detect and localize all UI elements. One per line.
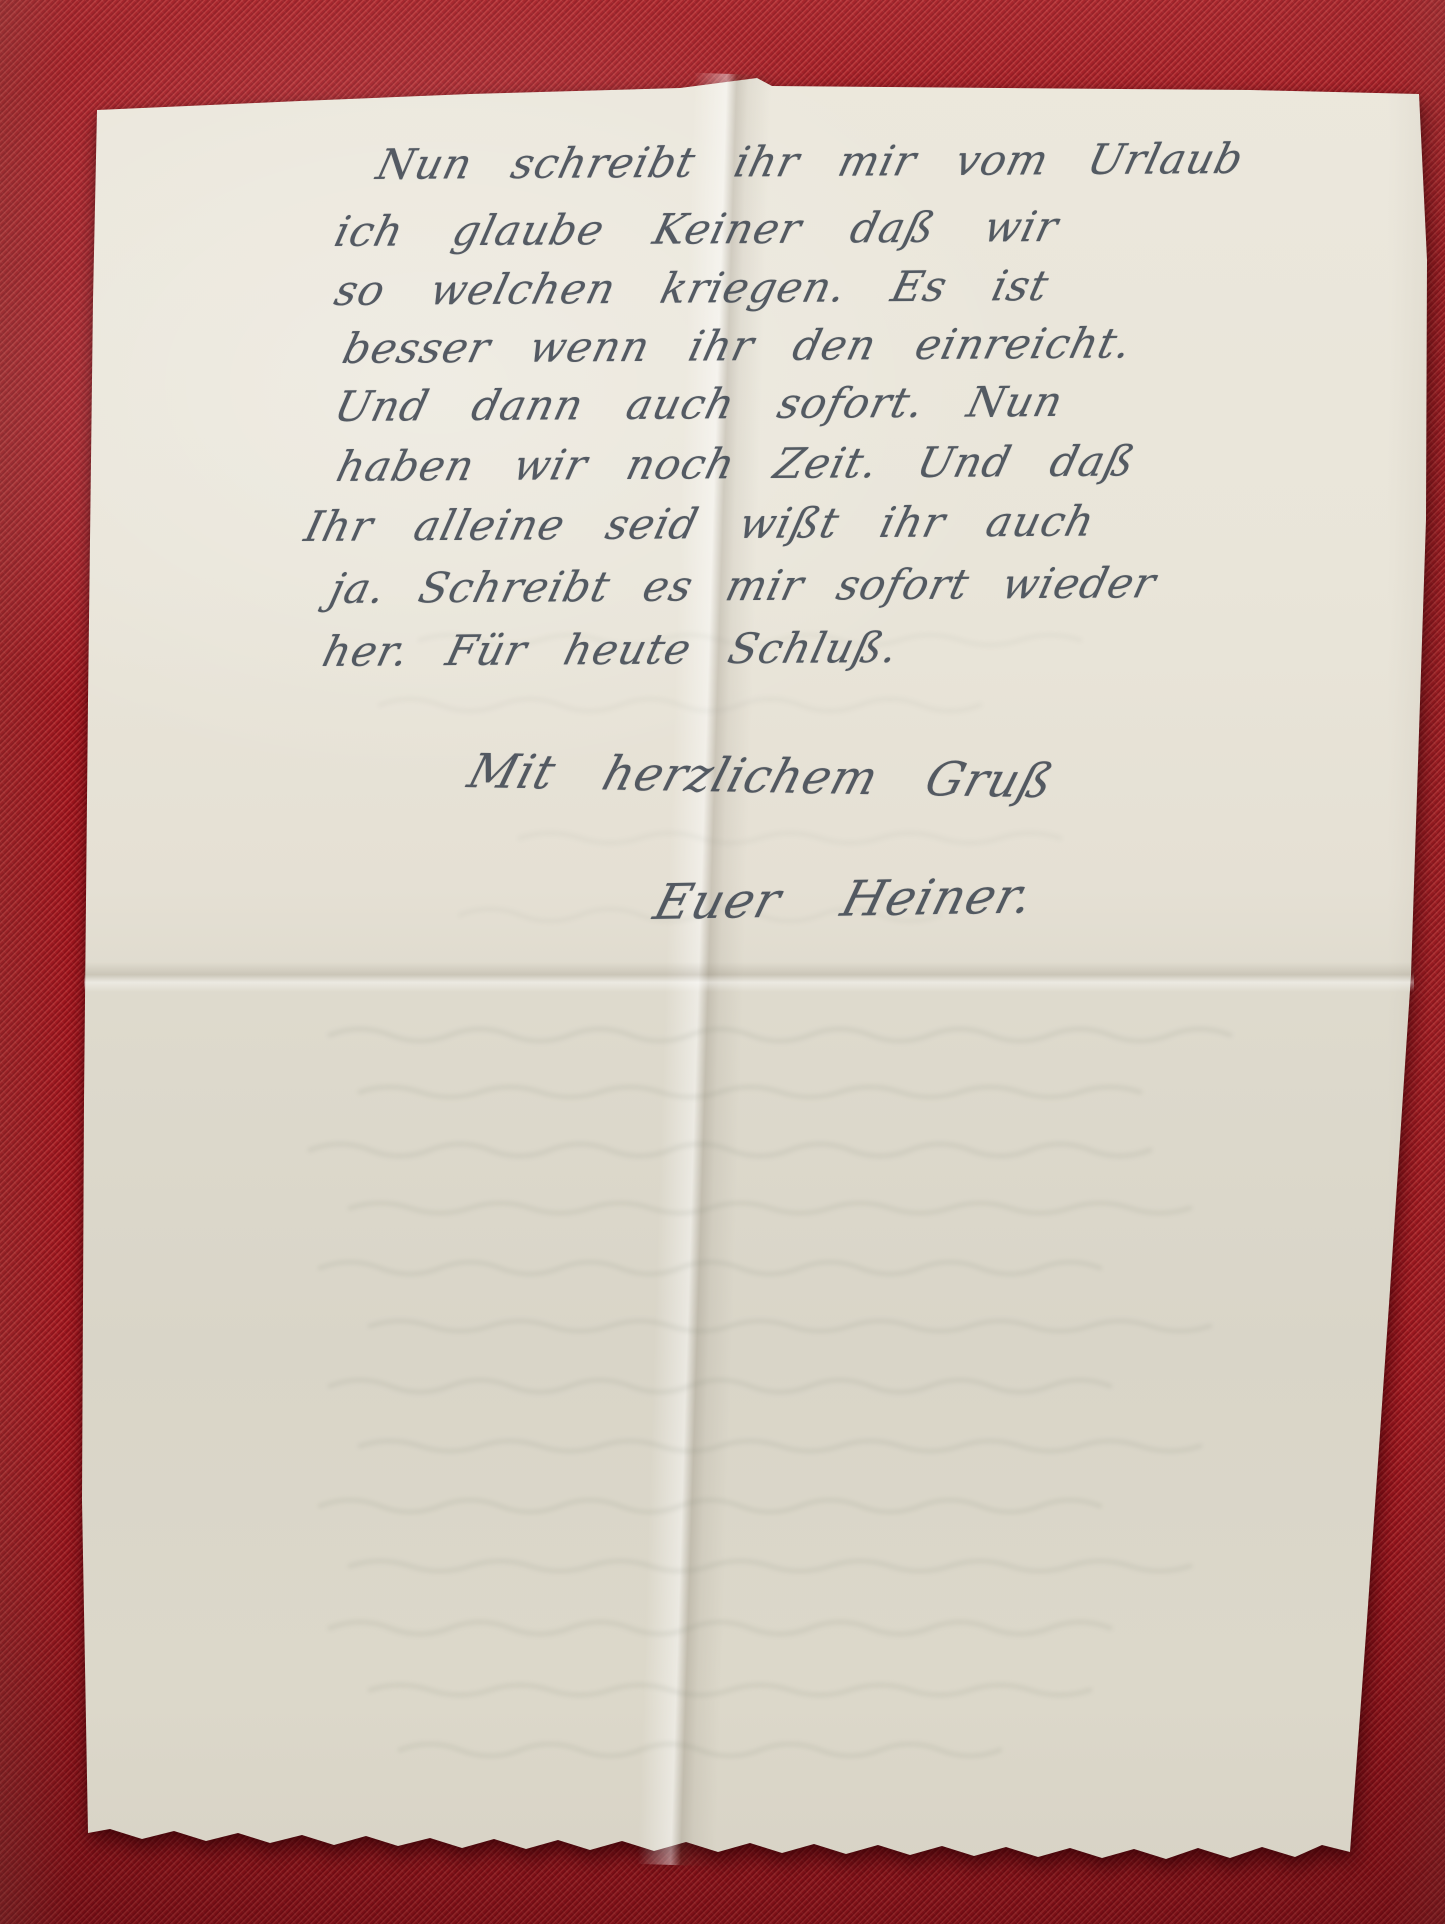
signature-line: Euer Heiner. bbox=[648, 867, 1040, 931]
handwritten-line: haben wir noch Zeit. Und daß bbox=[332, 436, 1140, 491]
handwritten-line: Ihr alleine seid wißt ihr auch bbox=[300, 497, 1100, 551]
closing-line: Mit herzlichem Gruß bbox=[462, 744, 1060, 809]
horizontal-fold-crease bbox=[84, 962, 1414, 992]
handwritten-line: Nun schreibt ihr mir vom Urlaub bbox=[372, 134, 1249, 189]
photo-of-handwritten-letter: Nun schreibt ihr mir vom Urlaub ich glau… bbox=[0, 0, 1445, 1924]
handwritten-line: her. Für heute Schluß. bbox=[318, 623, 904, 676]
handwritten-line: Und dann auch sofort. Nun bbox=[330, 377, 1068, 431]
handwritten-line: besser wenn ihr den einreicht. bbox=[338, 319, 1137, 373]
handwritten-line: ja. Schreibt es mir sofort wieder bbox=[325, 558, 1161, 613]
handwritten-line: ich glaube Keiner daß wir bbox=[330, 202, 1064, 256]
handwritten-line: so welchen kriegen. Es ist bbox=[330, 261, 1054, 315]
